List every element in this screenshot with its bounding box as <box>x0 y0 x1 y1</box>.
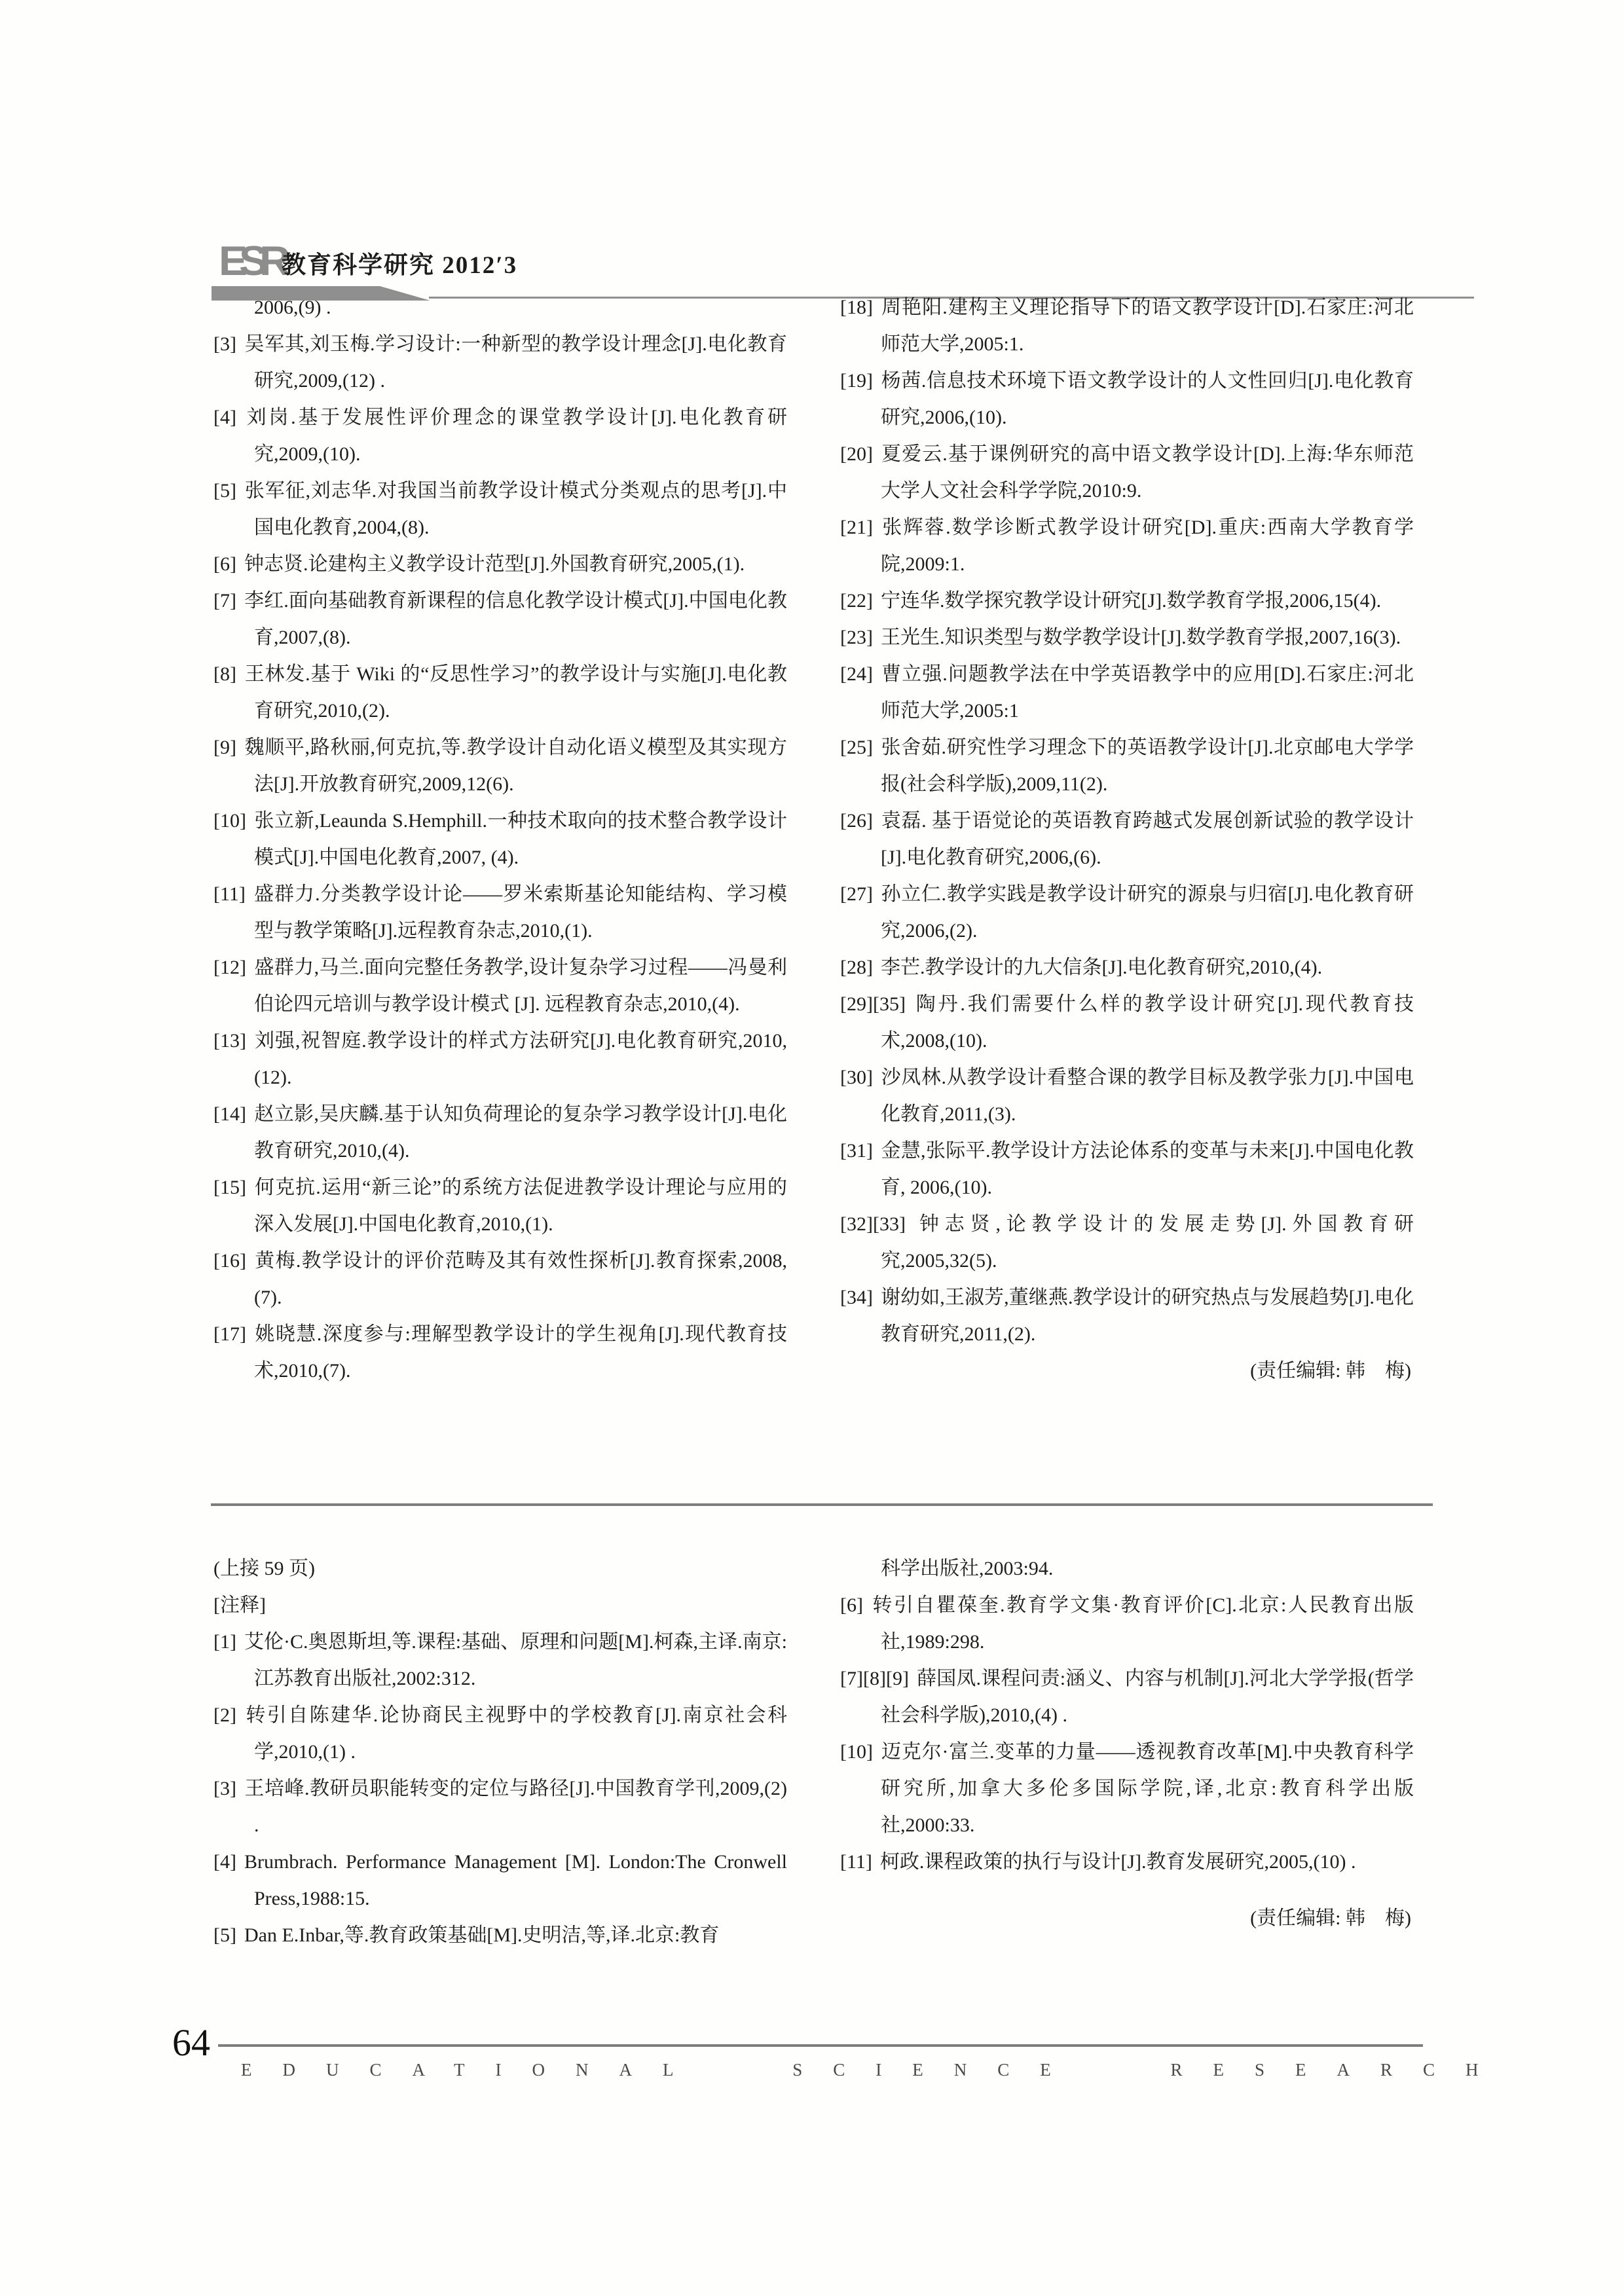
reference-text: 李芒.教学设计的九大信条[J].电化教育研究,2010,(4). <box>881 957 1322 978</box>
note-text: 薛国凤.课程问责:涵义、内容与机制[J].河北大学学报(哲学社会科学版),201… <box>881 1668 1414 1726</box>
notes-heading: [注释] <box>213 1587 787 1624</box>
reference-text: 钟志贤.论建构主义教学设计范型[J].外国教育研究,2005,(1). <box>244 553 745 575</box>
footer-rule <box>218 2044 1423 2047</box>
reference-list-left: [3]吴军其,刘玉梅.学习设计:一种新型的教学设计理念[J].电化教育研究,20… <box>213 326 787 1389</box>
note-text: 迈克尔·富兰.变革的力量——透视教育改革[M].中央教育科学研究所,加拿大多伦多… <box>881 1741 1414 1836</box>
note-text: 王培峰.教研员职能转变的定位与路径[J].中国教育学刊,2009,(2) . <box>244 1778 787 1836</box>
reference-text: 钟志贤,论教学设计的发展走势[J].外国教育研究,2005,32(5). <box>881 1213 1414 1272</box>
reference-item: [30]沙凤林.从教学设计看整合课的教学目标及教学张力[J].中国电化教育,20… <box>840 1059 1414 1133</box>
reference-text: 黄梅.教学设计的评价范畴及其有效性探析[J].教育探索,2008,(7). <box>254 1250 787 1308</box>
note-text: Brumbrach. Performance Management [M]. L… <box>244 1851 787 1909</box>
reference-item: [32][33]钟志贤,论教学设计的发展走势[J].外国教育研究,2005,32… <box>840 1206 1414 1279</box>
reference-text: 张舍茹.研究性学习理念下的英语教学设计[J].北京邮电大学学报(社会科学版),2… <box>881 737 1414 795</box>
reference-item: [20]夏爱云.基于课例研究的高中语文教学设计[D].上海:华东师范大学人文社会… <box>840 436 1414 509</box>
editor-note: (责任编辑: 韩 梅) <box>840 1353 1414 1389</box>
reference-number: [25] <box>840 737 873 758</box>
reference-item: [21]张辉蓉.数学诊断式教学设计研究[D].重庆:西南大学教育学院,2009:… <box>840 509 1414 583</box>
reference-text: 王林发.基于 Wiki 的“反思性学习”的教学设计与实施[J].电化教育研究,2… <box>244 663 787 722</box>
reference-number: [12] <box>213 957 246 978</box>
reference-number: [6] <box>213 553 236 575</box>
note-number: [1] <box>213 1631 236 1653</box>
note-number: [2] <box>213 1704 236 1726</box>
reference-number: [15] <box>213 1177 246 1198</box>
reference-number: [20] <box>840 443 873 465</box>
journal-page: ESR 教育科学研究 2012′3 2006,(9) . [3]吴军其,刘玉梅.… <box>0 0 1624 2295</box>
reference-number: [19] <box>840 370 873 392</box>
note-item: [4]Brumbrach. Performance Management [M]… <box>213 1844 787 1917</box>
note-item: [3]王培峰.教研员职能转变的定位与路径[J].中国教育学刊,2009,(2) … <box>213 1771 787 1844</box>
note-carryover: 科学出版社,2003:94. <box>840 1551 1414 1587</box>
reference-text: 吴军其,刘玉梅.学习设计:一种新型的教学设计理念[J].电化教育研究,2009,… <box>244 333 787 392</box>
note-number: [11] <box>840 1851 872 1873</box>
reference-item: [4]刘岗.基于发展性评价理念的课堂教学设计[J].电化教育研究,2009,(1… <box>213 399 787 473</box>
reference-item: [17]姚晓慧.深度参与:理解型教学设计的学生视角[J].现代教育技术,2010… <box>213 1316 787 1389</box>
reference-text: 宁连华.数学探究教学设计研究[J].数学教育学报,2006,15(4). <box>881 590 1381 612</box>
esr-logo: ESR <box>219 238 275 283</box>
reference-carryover: 2006,(9) . <box>213 289 787 326</box>
reference-text: 陶丹.我们需要什么样的教学设计研究[J].现代教育技术,2008,(10). <box>881 993 1414 1052</box>
reference-text: 姚晓慧.深度参与:理解型教学设计的学生视角[J].现代教育技术,2010,(7)… <box>254 1323 787 1382</box>
reference-text: 赵立影,吴庆麟.基于认知负荷理论的复杂学习教学设计[J].电化教育研究,2010… <box>254 1103 787 1162</box>
reference-number: [9] <box>213 737 236 758</box>
reference-text: 盛群力.分类教学设计论——罗米索斯基论知能结构、学习模型与教学策略[J].远程教… <box>253 883 787 942</box>
reference-item: [22]宁连华.数学探究教学设计研究[J].数学教育学报,2006,15(4). <box>840 583 1414 619</box>
reference-item: [24]曹立强.问题教学法在中学英语教学中的应用[D].石家庄:河北师范大学,2… <box>840 656 1414 729</box>
reference-list-right: [18]周艳阳.建构主义理论指导下的语文教学设计[D].石家庄:河北师范大学,2… <box>840 289 1414 1353</box>
reference-text: 何克抗.运用“新三论”的系统方法促进教学设计理论与应用的深入发展[J].中国电化… <box>254 1177 787 1235</box>
note-number: [5] <box>213 1924 236 1946</box>
note-number: [7][8][9] <box>840 1668 909 1689</box>
reference-number: [28] <box>840 957 873 978</box>
reference-item: [19]杨茜.信息技术环境下语文教学设计的人文性回归[J].电化教育研究,200… <box>840 363 1414 436</box>
reference-text: 张辉蓉.数学诊断式教学设计研究[D].重庆:西南大学教育学院,2009:1. <box>881 517 1414 575</box>
reference-text: 张立新,Leaunda S.Hemphill.一种技术取向的技术整合教学设计模式… <box>254 810 787 868</box>
reference-number: [22] <box>840 590 873 612</box>
reference-text: 李红.面向基础教育新课程的信息化教学设计模式[J].中国电化教育,2007,(8… <box>244 590 787 648</box>
reference-item: [14]赵立影,吴庆麟.基于认知负荷理论的复杂学习教学设计[J].电化教育研究,… <box>213 1096 787 1169</box>
reference-text: 刘岗.基于发展性评价理念的课堂教学设计[J].电化教育研究,2009,(10). <box>244 407 787 465</box>
note-number: [4] <box>213 1851 236 1873</box>
reference-item: [9]魏顺平,路秋丽,何克抗,等.教学设计自动化语义模型及其实现方法[J].开放… <box>213 729 787 803</box>
reference-item: [12]盛群力,马兰.面向完整任务教学,设计复杂学习过程——冯曼利伯论四元培训与… <box>213 949 787 1023</box>
reference-item: [6]钟志贤.论建构主义教学设计范型[J].外国教育研究,2005,(1). <box>213 546 787 583</box>
reference-number: [11] <box>213 883 246 905</box>
references-right-column: [18]周艳阳.建构主义理论指导下的语文教学设计[D].石家庄:河北师范大学,2… <box>840 289 1414 1389</box>
note-number: [3] <box>213 1778 236 1799</box>
reference-number: [32][33] <box>840 1213 906 1235</box>
note-item: [10]迈克尔·富兰.变革的力量——透视教育改革[M].中央教育科学研究所,加拿… <box>840 1734 1414 1844</box>
reference-number: [10] <box>213 810 246 832</box>
note-item: [1]艾伦·C.奥恩斯坦,等.课程:基础、原理和问题[M].柯森,主译.南京:江… <box>213 1624 787 1697</box>
reference-item: [16]黄梅.教学设计的评价范畴及其有效性探析[J].教育探索,2008,(7)… <box>213 1243 787 1316</box>
notes-right-column: 科学出版社,2003:94. [6]转引自瞿葆奎.教育学文集·教育评价[C].北… <box>840 1551 1414 1937</box>
reference-number: [14] <box>213 1103 246 1125</box>
reference-number: [17] <box>213 1323 246 1345</box>
reference-number: [27] <box>840 883 873 905</box>
reference-text: 沙凤林.从教学设计看整合课的教学目标及教学张力[J].中国电化教育,2011,(… <box>881 1067 1414 1125</box>
reference-number: [18] <box>840 297 873 318</box>
reference-text: 周艳阳.建构主义理论指导下的语文教学设计[D].石家庄:河北师范大学,2005:… <box>881 297 1414 355</box>
reference-text: 魏顺平,路秋丽,何克抗,等.教学设计自动化语义模型及其实现方法[J].开放教育研… <box>244 737 787 795</box>
reference-text: 袁磊. 基于语觉论的英语教育跨越式发展创新试验的教学设计[J].电化教育研究,2… <box>881 810 1414 868</box>
reference-item: [18]周艳阳.建构主义理论指导下的语文教学设计[D].石家庄:河北师范大学,2… <box>840 289 1414 363</box>
note-text: 艾伦·C.奥恩斯坦,等.课程:基础、原理和问题[M].柯森,主译.南京:江苏教育… <box>244 1631 787 1689</box>
reference-text: 孙立仁.教学实践是教学设计研究的源泉与归宿[J].电化教育研究,2006,(2)… <box>881 883 1414 942</box>
reference-item: [27]孙立仁.教学实践是教学设计研究的源泉与归宿[J].电化教育研究,2006… <box>840 876 1414 949</box>
reference-number: [3] <box>213 333 236 355</box>
reference-item: [3]吴军其,刘玉梅.学习设计:一种新型的教学设计理念[J].电化教育研究,20… <box>213 326 787 399</box>
reference-item: [7]李红.面向基础教育新课程的信息化教学设计模式[J].中国电化教育,2007… <box>213 583 787 656</box>
note-text: 转引自陈建华.论协商民主视野中的学校教育[J].南京社会科学,2010,(1) … <box>244 1704 787 1763</box>
note-number: [10] <box>840 1741 873 1763</box>
reference-number: [4] <box>213 407 236 428</box>
editor-note: (责任编辑: 韩 梅) <box>840 1900 1414 1937</box>
reference-number: [13] <box>213 1030 246 1052</box>
note-item: [2]转引自陈建华.论协商民主视野中的学校教育[J].南京社会科学,2010,(… <box>213 1697 787 1771</box>
reference-item: [8]王林发.基于 Wiki 的“反思性学习”的教学设计与实施[J].电化教育研… <box>213 656 787 729</box>
reference-item: [25]张舍茹.研究性学习理念下的英语教学设计[J].北京邮电大学学报(社会科学… <box>840 729 1414 803</box>
notes-list-right: [6]转引自瞿葆奎.教育学文集·教育评价[C].北京:人民教育出版社,1989:… <box>840 1587 1414 1881</box>
reference-number: [7] <box>213 590 236 612</box>
references-left-column: 2006,(9) . [3]吴军其,刘玉梅.学习设计:一种新型的教学设计理念[J… <box>213 289 787 1389</box>
reference-item: [26]袁磊. 基于语觉论的英语教育跨越式发展创新试验的教学设计[J].电化教育… <box>840 803 1414 876</box>
reference-item: [5]张军征,刘志华.对我国当前教学设计模式分类观点的思考[J].中国电化教育,… <box>213 473 787 546</box>
reference-text: 曹立强.问题教学法在中学英语教学中的应用[D].石家庄:河北师范大学,2005:… <box>881 663 1414 722</box>
section-separator-rule <box>211 1503 1433 1506</box>
note-item: [7][8][9]薛国凤.课程问责:涵义、内容与机制[J].河北大学学报(哲学社… <box>840 1661 1414 1734</box>
reference-item: [31]金慧,张际平.教学设计方法论体系的变革与未来[J].中国电化教育, 20… <box>840 1133 1414 1206</box>
note-text: Dan E.Inbar,等.教育政策基础[M].史明洁,等,译.北京:教育 <box>244 1924 719 1946</box>
reference-number: [8] <box>213 663 236 685</box>
notes-list-left: [1]艾伦·C.奥恩斯坦,等.课程:基础、原理和问题[M].柯森,主译.南京:江… <box>213 1624 787 1954</box>
reference-text: 刘强,祝智庭.教学设计的样式方法研究[J].电化教育研究,2010,(12). <box>254 1030 787 1088</box>
page-number: 64 <box>172 2022 210 2064</box>
reference-number: [26] <box>840 810 873 832</box>
reference-item: [10]张立新,Leaunda S.Hemphill.一种技术取向的技术整合教学… <box>213 803 787 876</box>
continued-from-label: (上接 59 页) <box>213 1551 787 1587</box>
reference-number: [23] <box>840 627 873 648</box>
reference-item: [23]王光生.知识类型与数学教学设计[J].数学教育学报,2007,16(3)… <box>840 619 1414 656</box>
reference-text: 杨茜.信息技术环境下语文教学设计的人文性回归[J].电化教育研究,2006,(1… <box>881 370 1414 428</box>
note-text: 转引自瞿葆奎.教育学文集·教育评价[C].北京:人民教育出版社,1989:298… <box>871 1594 1414 1653</box>
reference-text: 金慧,张际平.教学设计方法论体系的变革与未来[J].中国电化教育, 2006,(… <box>881 1140 1414 1198</box>
note-item: [6]转引自瞿葆奎.教育学文集·教育评价[C].北京:人民教育出版社,1989:… <box>840 1587 1414 1661</box>
note-text: 柯政.课程政策的执行与设计[J].教育发展研究,2005,(10) . <box>880 1851 1356 1873</box>
notes-left-column: (上接 59 页) [注释] [1]艾伦·C.奥恩斯坦,等.课程:基础、原理和问… <box>213 1551 787 1954</box>
note-item: [11]柯政.课程政策的执行与设计[J].教育发展研究,2005,(10) . <box>840 1844 1414 1881</box>
reference-number: [21] <box>840 517 873 538</box>
reference-item: [29][35]陶丹.我们需要什么样的教学设计研究[J].现代教育技术,2008… <box>840 986 1414 1059</box>
reference-text: 谢幼如,王淑芳,董继燕.教学设计的研究热点与发展趋势[J].电化教育研究,201… <box>881 1287 1414 1345</box>
reference-number: [30] <box>840 1067 873 1088</box>
reference-number: [5] <box>213 480 236 502</box>
reference-number: [24] <box>840 663 873 685</box>
reference-item: [13]刘强,祝智庭.教学设计的样式方法研究[J].电化教育研究,2010,(1… <box>213 1023 787 1096</box>
journal-title: 教育科学研究 2012′3 <box>282 245 517 280</box>
reference-number: [16] <box>213 1250 246 1272</box>
reference-number: [31] <box>840 1140 873 1162</box>
reference-text: 张军征,刘志华.对我国当前教学设计模式分类观点的思考[J].中国电化教育,200… <box>244 480 787 538</box>
journal-name-footer: EDUCATIONAL SCIENCE RESEARCH <box>241 2060 1420 2080</box>
note-number: [6] <box>840 1594 863 1616</box>
reference-text: 王光生.知识类型与数学教学设计[J].数学教育学报,2007,16(3). <box>881 627 1401 648</box>
note-item: [5]Dan E.Inbar,等.教育政策基础[M].史明洁,等,译.北京:教育 <box>213 1917 787 1954</box>
reference-item: [34]谢幼如,王淑芳,董继燕.教学设计的研究热点与发展趋势[J].电化教育研究… <box>840 1279 1414 1353</box>
reference-number: [29][35] <box>840 993 906 1015</box>
reference-text: 夏爱云.基于课例研究的高中语文教学设计[D].上海:华东师范大学人文社会科学学院… <box>881 443 1414 502</box>
reference-text: 盛群力,马兰.面向完整任务教学,设计复杂学习过程——冯曼利伯论四元培训与教学设计… <box>254 957 787 1015</box>
reference-item: [28]李芒.教学设计的九大信条[J].电化教育研究,2010,(4). <box>840 949 1414 986</box>
reference-item: [11]盛群力.分类教学设计论——罗米索斯基论知能结构、学习模型与教学策略[J]… <box>213 876 787 949</box>
reference-item: [15]何克抗.运用“新三论”的系统方法促进教学设计理论与应用的深入发展[J].… <box>213 1169 787 1243</box>
reference-number: [34] <box>840 1287 873 1308</box>
